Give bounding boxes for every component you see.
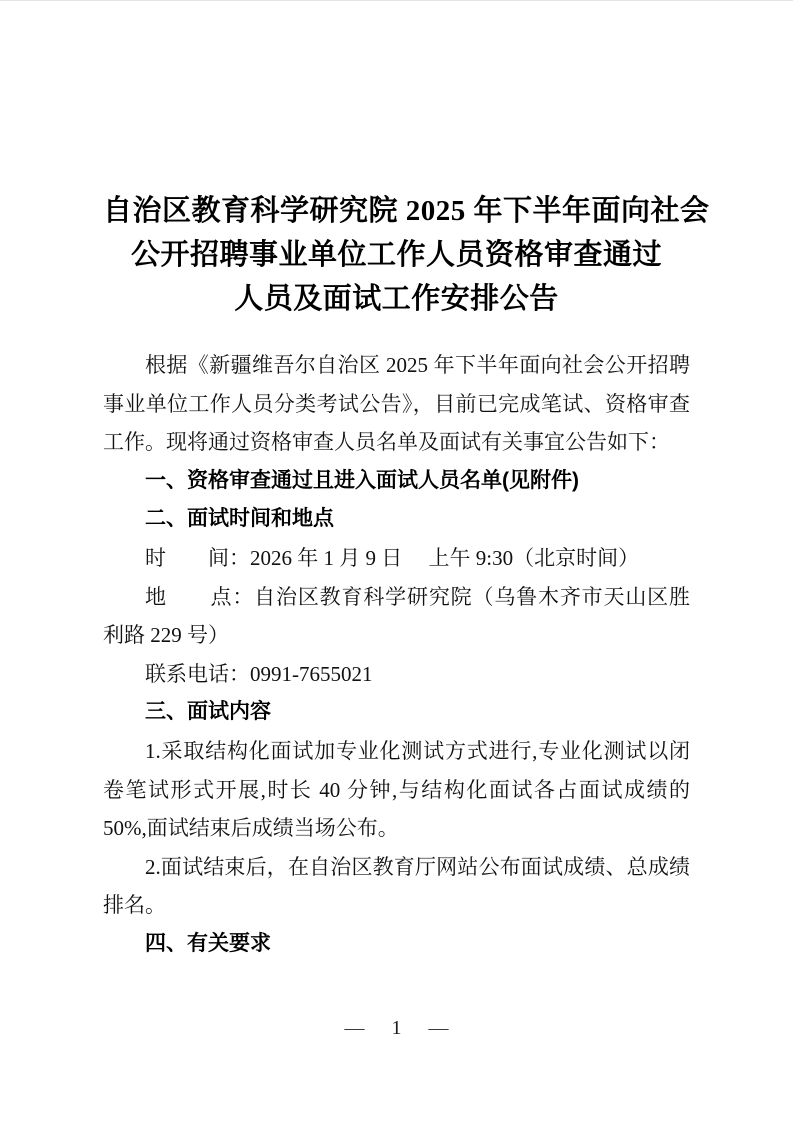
document-body: 根据《新疆维吾尔自治区 2025 年下半年面向社会公开招聘事业单位工作人员分类考…: [103, 346, 690, 964]
title-line-1: 自治区教育科学研究院 2025 年下半年面向社会: [103, 189, 690, 233]
footer-dash-right: —: [429, 1013, 449, 1043]
interview-content-item-1: 1.采取结构化面试加专业化测试方式进行,专业化测试以闭卷笔试形式开展,时长 40…: [103, 732, 690, 848]
section-heading-4: 四、有关要求: [103, 925, 690, 964]
section-heading-2: 二、面试时间和地点: [103, 500, 690, 539]
interview-time-line: 时 间：2026 年 1 月 9 日 上午 9:30（北京时间）: [103, 539, 690, 578]
page-footer: — 1 —: [0, 1013, 793, 1043]
interview-content-item-2: 2.面试结束后，在自治区教育厅网站公布面试成绩、总成绩排名。: [103, 848, 690, 925]
footer-dash-left: —: [345, 1013, 365, 1043]
contact-phone-line: 联系电话：0991-7655021: [103, 655, 690, 694]
title-line-2: 公开招聘事业单位工作人员资格审查通过: [103, 233, 690, 277]
document-title: 自治区教育科学研究院 2025 年下半年面向社会 公开招聘事业单位工作人员资格审…: [103, 189, 690, 321]
intro-paragraph: 根据《新疆维吾尔自治区 2025 年下半年面向社会公开招聘事业单位工作人员分类考…: [103, 346, 690, 462]
section-heading-3: 三、面试内容: [103, 693, 690, 732]
document-content: 自治区教育科学研究院 2025 年下半年面向社会 公开招聘事业单位工作人员资格审…: [0, 189, 793, 964]
title-line-3: 人员及面试工作安排公告: [103, 277, 690, 321]
section-heading-1: 一、资格审查通过且进入面试人员名单(见附件): [103, 462, 690, 501]
document-page: 自治区教育科学研究院 2025 年下半年面向社会 公开招聘事业单位工作人员资格审…: [0, 0, 793, 1122]
interview-location-line: 地 点：自治区教育科学研究院（乌鲁木齐市天山区胜利路 229 号）: [103, 578, 690, 655]
page-number: 1: [392, 1013, 402, 1043]
